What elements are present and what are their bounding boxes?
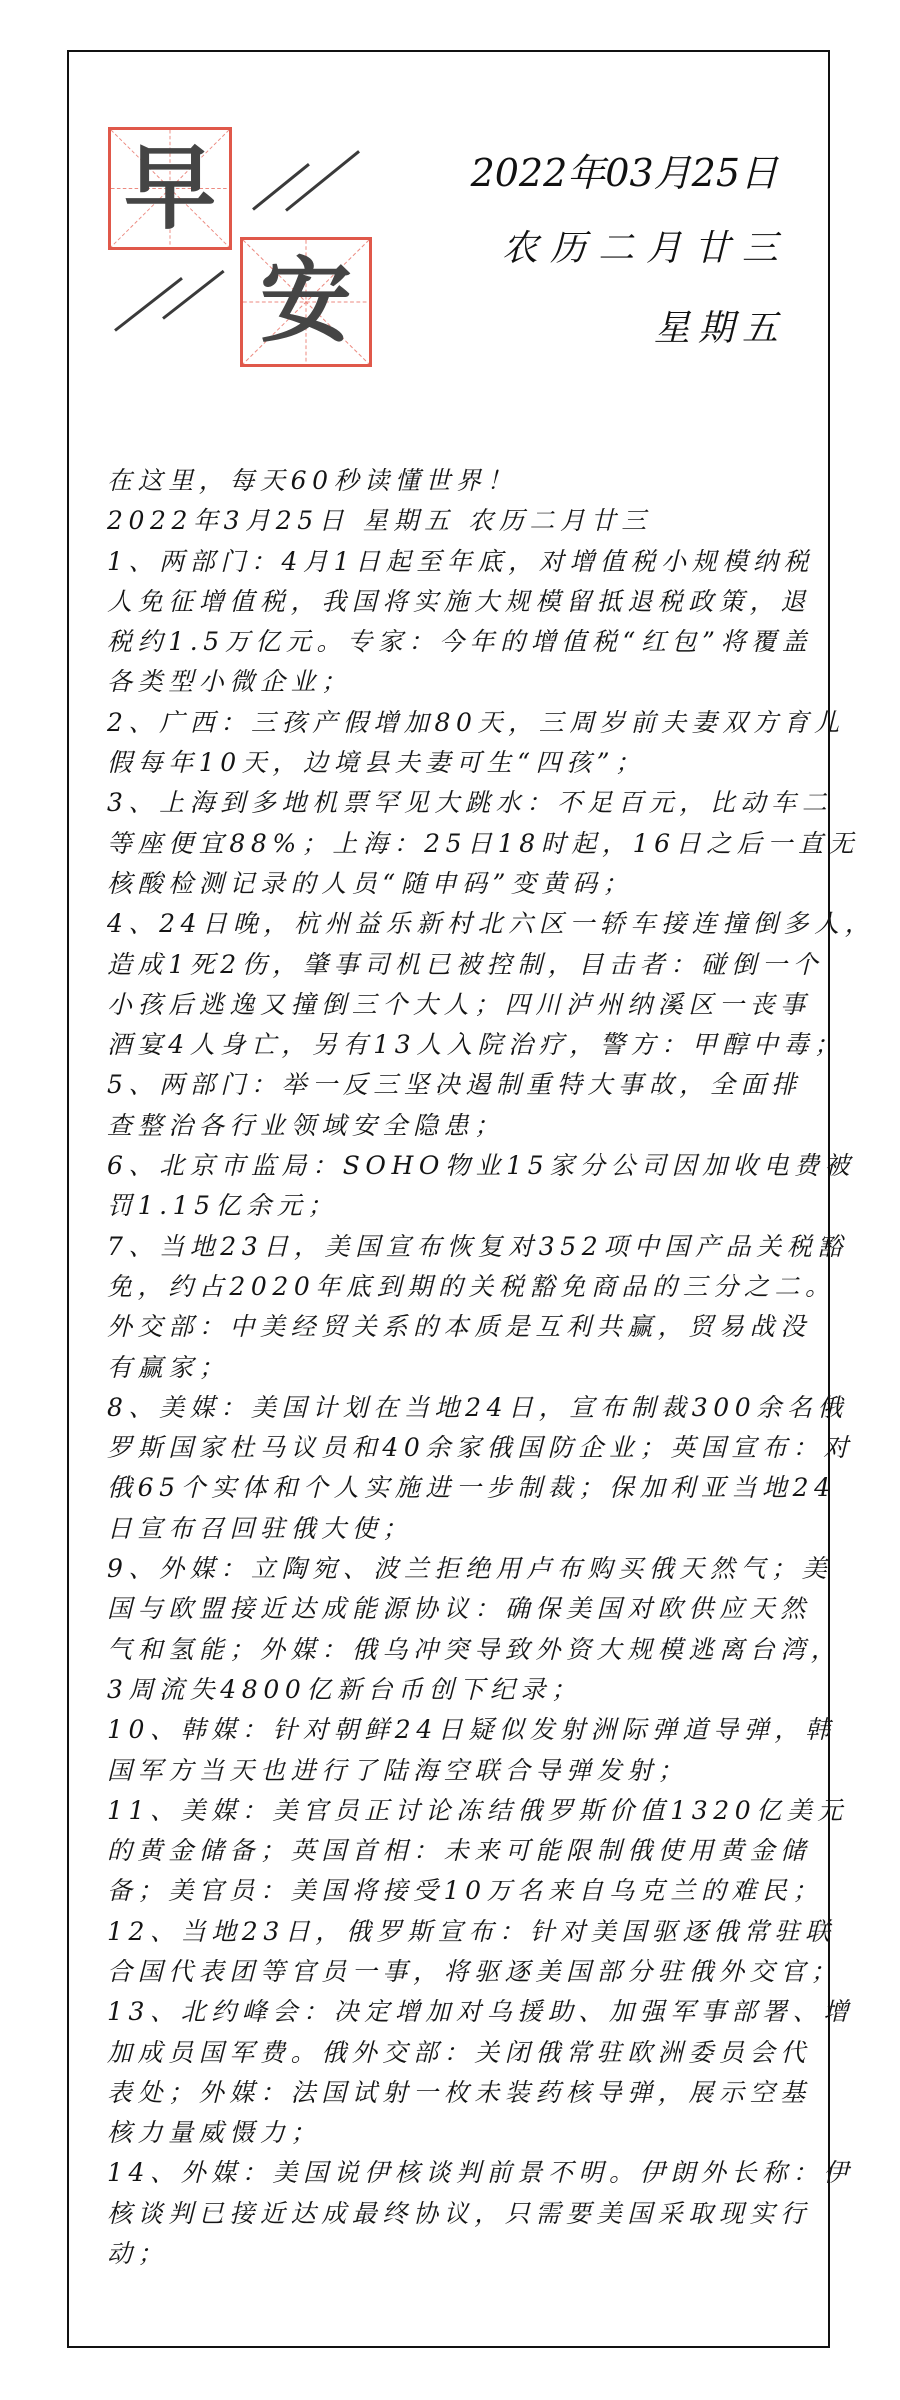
news-line: 等座便宜88%；上海：25日18时起，16日之后一直无 (107, 824, 787, 864)
news-line: 13、北约峰会：决定增加对乌援助、加强军事部署、增 (107, 1992, 787, 2032)
news-line: 备；美官员：美国将接受10万名来自乌克兰的难民； (107, 1871, 787, 1911)
news-line: 4、24日晚，杭州益乐新村北六区一轿车接连撞倒多人， (107, 904, 787, 944)
news-line: 小孩后逃逸又撞倒三个大人；四川泸州纳溪区一丧事 (107, 985, 787, 1025)
news-line: 5、两部门：举一反三坚决遏制重特大事故，全面排 (107, 1065, 787, 1105)
news-line: 各类型小微企业； (107, 662, 787, 702)
news-line: 10、韩媒：针对朝鲜24日疑似发射洲际弹道导弹，韩 (107, 1710, 787, 1750)
weekday: 星期五 (654, 300, 786, 351)
news-line: 9、外媒：立陶宛、波兰拒绝用卢布购买俄天然气；美 (107, 1549, 787, 1589)
intro-line: 在这里，每天60秒读懂世界！ (107, 461, 787, 501)
news-line: 国与欧盟接近达成能源协议：确保美国对欧供应天然 (107, 1589, 787, 1629)
news-line: 3周流失4800亿新台币创下纪录； (107, 1670, 787, 1710)
news-line: 14、外媒：美国说伊核谈判前景不明。伊朗外长称：伊 (107, 2153, 787, 2193)
news-line: 8、美媒：美国计划在当地24日，宣布制裁300余名俄 (107, 1388, 787, 1428)
news-line: 假每年10天，边境县夫妻可生“四孩”； (107, 743, 787, 783)
news-line: 核力量威慑力； (107, 2113, 787, 2153)
news-line: 合国代表团等官员一事，将驱逐美国部分驻俄外交官； (107, 1952, 787, 1992)
news-line: 造成1死2伤，肇事司机已被控制，目击者：碰倒一个 (107, 945, 787, 985)
news-line: 免，约占2020年底到期的关税豁免商品的三分之二。 (107, 1267, 787, 1307)
news-line: 12、当地23日，俄罗斯宣布：针对美国驱逐俄常驻联 (107, 1912, 787, 1952)
news-line: 气和氢能；外媒：俄乌冲突导致外资大规模逃离台湾， (107, 1630, 787, 1670)
title-char-zao: 早 (111, 130, 229, 247)
news-line: 核酸检测记录的人员“随申码”变黄码； (107, 864, 787, 904)
news-line: 7、当地23日，美国宣布恢复对352项中国产品关税豁 (107, 1227, 787, 1267)
news-line: 11、美媒：美官员正讨论冻结俄罗斯价值1320亿美元 (107, 1791, 787, 1831)
news-line: 6、北京市监局：SOHO物业15家分公司因加收电费被 (107, 1146, 787, 1186)
title-char-an: 安 (243, 240, 369, 364)
news-line: 外交部：中美经贸关系的本质是互利共赢，贸易战没 (107, 1307, 787, 1347)
news-line: 2、广西：三孩产假增加80天，三周岁前夫妻双方育儿 (107, 703, 787, 743)
news-line: 罚1.15亿余元； (107, 1186, 787, 1226)
news-line: 酒宴4人身亡，另有13人入院治疗，警方：甲醇中毒； (107, 1025, 787, 1065)
news-line: 俄65个实体和个人实施进一步制裁；保加利亚当地24 (107, 1468, 787, 1508)
news-line: 日宣布召回驻俄大使； (107, 1509, 787, 1549)
news-line: 税约1.5万亿元。专家：今年的增值税“红包”将覆盖 (107, 622, 787, 662)
news-line: 的黄金储备；英国首相：未来可能限制俄使用黄金储 (107, 1831, 787, 1871)
news-line: 罗斯国家杜马议员和40余家俄国防企业；英国宣布：对 (107, 1428, 787, 1468)
title-char-box-an: 安 (240, 237, 372, 367)
news-body: 在这里，每天60秒读懂世界！ 2022年3月25日 星期五 农历二月廿三 1、两… (107, 461, 787, 2274)
news-line: 表处；外媒：法国试射一枚未装药核导弹，展示空基 (107, 2073, 787, 2113)
news-line: 国军方当天也进行了陆海空联合导弹发射； (107, 1751, 787, 1791)
gregorian-date: 2022年03月25日 (471, 142, 778, 197)
news-line: 1、两部门：4月1日起至年底，对增值税小规模纳税 (107, 542, 787, 582)
news-line: 有赢家； (107, 1348, 787, 1388)
news-line: 3、上海到多地机票罕见大跳水：不足百元，比动车二 (107, 783, 787, 823)
news-line: 查整治各行业领域安全隐患； (107, 1106, 787, 1146)
news-line: 人免征增值税，我国将实施大规模留抵退税政策，退 (107, 582, 787, 622)
date-line: 2022年3月25日 星期五 农历二月廿三 (107, 501, 787, 541)
title-char-box-zao: 早 (108, 127, 232, 250)
news-line: 加成员国军费。俄外交部：关闭俄常驻欧洲委员会代 (107, 2033, 787, 2073)
news-line: 动； (107, 2234, 787, 2274)
news-line: 核谈判已接近达成最终协议，只需要美国采取现实行 (107, 2194, 787, 2234)
lunar-date: 农历二月廿三 (502, 220, 790, 271)
